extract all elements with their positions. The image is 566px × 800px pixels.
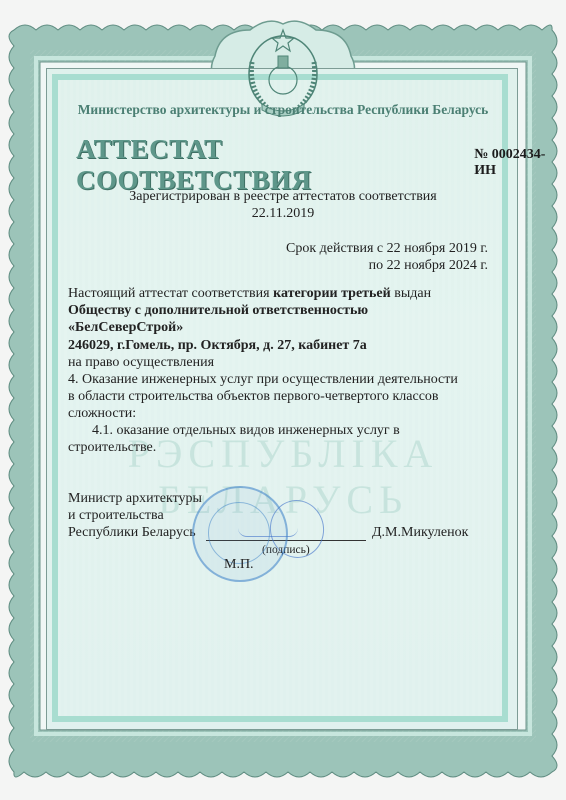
certificate-number: № 0002434-ИН [474, 147, 566, 179]
issuing-ministry: Министерство архитектуры и строительства… [0, 102, 566, 118]
right-to: на право осуществления [68, 354, 214, 371]
issued-statement: Настоящий аттестат соответствия категори… [68, 285, 431, 302]
company-line-2: «БелСеверСтрой» [68, 319, 183, 336]
signer-title-2: и строительства [68, 507, 164, 524]
issued-suffix: выдан [391, 286, 431, 301]
company-address: 246029, г.Гомель, пр. Октября, д. 27, ка… [68, 337, 367, 354]
registered-line: Зарегистрирован в реестре аттестатов соо… [0, 188, 566, 205]
validity-from: Срок действия с 22 ноября 2019 г. [286, 240, 488, 257]
signer-name: Д.М.Микуленок [372, 524, 468, 541]
registered-date: 22.11.2019 [0, 205, 566, 222]
company-line-1: Обществу с дополнительной ответственност… [68, 302, 368, 319]
validity-to: по 22 ноября 2024 г. [369, 257, 488, 274]
signer-title-1: Министр архитектуры [68, 490, 202, 507]
title-row: АТТЕСТАТ СООТВЕТСТВИЯ № 0002434-ИН [76, 134, 566, 196]
signer-title-3: Республики Беларусь [68, 524, 196, 541]
document-title: АТТЕСТАТ СООТВЕТСТВИЯ [76, 134, 460, 196]
issued-prefix: Настоящий аттестат соответствия [68, 286, 273, 301]
item-4-line-3: сложности: [68, 405, 136, 422]
issued-category: категории третьей [273, 286, 391, 301]
item-4-line-1: 4. Оказание инженерных услуг при осущест… [68, 371, 458, 388]
item-4-1-line-1: 4.1. оказание отдельных видов инженерных… [92, 422, 400, 439]
certificate-page: РЭСПУБЛІКА БЕЛАРУСЬ Министерство архитек… [0, 0, 566, 800]
item-4-1-line-2: строительстве. [68, 439, 156, 456]
seal-place: М.П. [224, 556, 254, 573]
item-4-line-2: в области строительства объектов первого… [68, 388, 439, 405]
